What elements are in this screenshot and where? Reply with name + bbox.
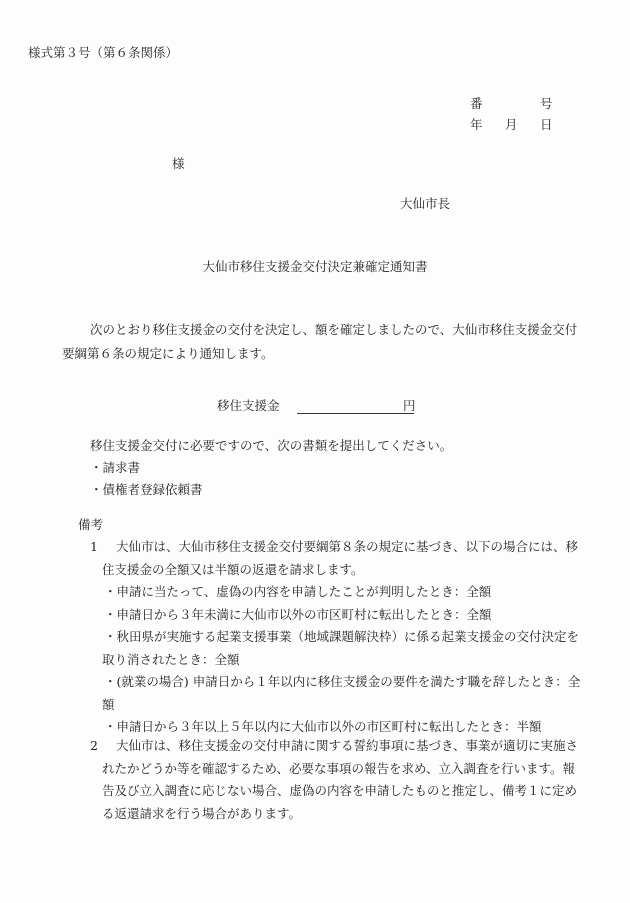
intro-paragraph: 次のとおり移住支援金の交付を決定し、額を確定しましたので、大仙市移住支援金交付 … [62, 318, 572, 366]
recipient-suffix: 様 [172, 156, 185, 172]
document-title: 大仙市移住支援金交付決定兼確定通知書 [0, 259, 630, 275]
date-day: 日 [540, 117, 553, 133]
note-line: る返還請求を行う場合があります。 [90, 803, 558, 826]
note-bullet: ・(就業の場合) 申請日から１年以内に移住支援金の要件を満たす職を辞したとき：全 [90, 671, 558, 694]
note-bullet-cont: 取り消されたとき：全額 [90, 649, 558, 672]
note-number: 2 [90, 735, 98, 758]
amount-field [297, 398, 414, 414]
required-documents: 移住支援金交付に必要ですので、次の書類を提出してください。 ・請求書 ・債権者登… [90, 435, 452, 501]
note-1: 1 大仙市は、大仙市移住支援金交付要綱第８条の規定に基づき、以下の場合には、移 … [90, 536, 558, 739]
date-year: 年 [470, 117, 483, 133]
amount-label: 移住支援金 [217, 398, 280, 414]
notes-label: 備考 [78, 517, 103, 533]
note-2: 2 大仙市は、移住支援金の交付申請に関する誓約事項に基づき、事業が適切に実施さ … [90, 735, 558, 825]
note-line: 大仙市は、大仙市移住支援金交付要綱第８条の規定に基づき、以下の場合には、移 [90, 536, 558, 559]
note-number: 1 [90, 536, 98, 559]
document-item: ・請求書 [90, 457, 452, 479]
note-line: れたかどうか等を確認するため、必要な事項の報告を求め、立入調査を行います。報 [90, 758, 558, 781]
date-month: 月 [505, 117, 518, 133]
amount-unit: 円 [403, 398, 416, 414]
document-item: ・債権者登録依頼書 [90, 479, 452, 501]
amount-row: 移住支援金 円 [217, 398, 280, 414]
documents-instruction: 移住支援金交付に必要ですので、次の書類を提出してください。 [90, 435, 452, 457]
note-bullet: ・申請に当たって、虚偽の内容を申請したことが判明したとき：全額 [90, 581, 558, 604]
number-suffix: 号 [540, 96, 553, 112]
note-bullet-cont: 額 [90, 694, 558, 717]
intro-line: 要綱第６条の規定により通知します。 [62, 342, 572, 366]
number-label: 番 [470, 96, 483, 112]
intro-line: 次のとおり移住支援金の交付を決定し、額を確定しましたので、大仙市移住支援金交付 [62, 318, 572, 342]
note-line: 大仙市は、移住支援金の交付申請に関する誓約事項に基づき、事業が適切に実施さ [90, 735, 558, 758]
note-line: 住支援金の全額又は半額の返還を請求します。 [90, 559, 558, 582]
note-bullet: ・申請日から３年未満に大仙市以外の市区町村に転出したとき：全額 [90, 604, 558, 627]
note-line: 告及び立入調査に応じない場合、虚偽の内容を申請したものと推定し、備考１に定め [90, 780, 558, 803]
issuer: 大仙市長 [400, 196, 450, 212]
note-bullet: ・秋田県が実施する起業支援事業（地域課題解決枠）に係る起業支援金の交付決定を [90, 626, 558, 649]
form-number: 様式第３号（第６条関係） [28, 45, 178, 61]
